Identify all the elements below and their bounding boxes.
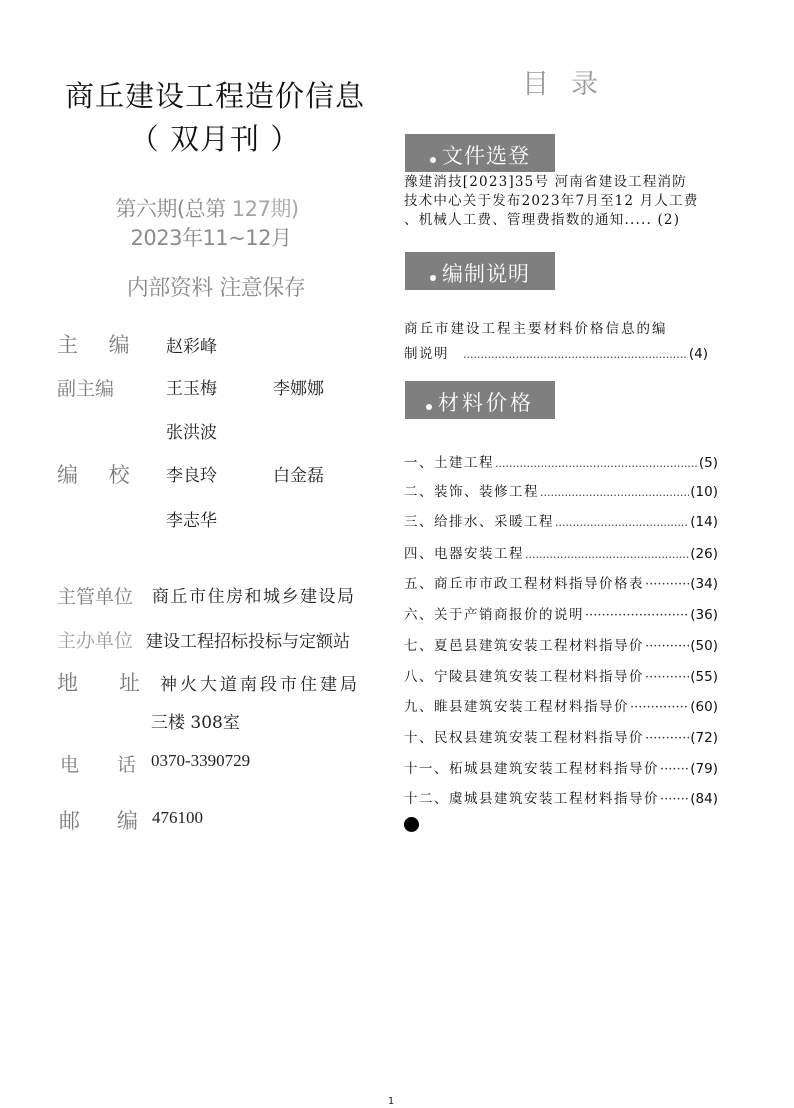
bullet-icon	[430, 275, 436, 281]
toc-page-number: (14)	[690, 514, 718, 530]
dot-leader	[540, 486, 689, 499]
toc-entry[interactable]: 一、土建工程 (5)	[404, 451, 718, 471]
toc-page-number: (36)	[690, 607, 718, 623]
dot-leader	[525, 548, 689, 561]
dot-leader	[630, 700, 689, 715]
toc-entry-label: 十二、虞城县建筑安装工程材料指导价	[404, 787, 659, 807]
toc-page-number: (84)	[690, 791, 718, 807]
section-heading-label: 编制说明	[442, 258, 530, 288]
toc-page-number: (5)	[699, 455, 718, 471]
toc-entry[interactable]: 十、民权县建筑安装工程材料指导价 (72)	[404, 726, 718, 746]
page-number: 1	[0, 1096, 782, 1107]
toc-page-number: (26)	[690, 546, 718, 562]
address-label: 地	[57, 667, 78, 697]
toc-entry-label: 三、给排水、采暖工程	[404, 510, 554, 530]
postcode-value: 476100	[152, 808, 203, 828]
toc-entry-label: 十、民权县建筑安装工程材料指导价	[404, 726, 644, 746]
proofreader-label: 编 校	[57, 459, 142, 489]
toc-entry[interactable]: 二、装饰、装修工程 (10)	[404, 480, 718, 500]
bullet-icon	[430, 157, 436, 163]
toc-entry[interactable]: 十一、柘城县建筑安装工程材料指导价 (79)	[404, 757, 718, 777]
proofreader-name: 李志华	[166, 506, 217, 531]
toc-entry-notes-line[interactable]: 商丘市建设工程主要材料价格信息的编	[404, 320, 668, 339]
phone-label: 电	[60, 750, 79, 777]
dot-leader	[645, 577, 689, 592]
deputy-editor-name: 李娜娜	[273, 374, 324, 399]
toc-entry[interactable]: 七、夏邑县建筑安装工程材料指导价 (50)	[404, 634, 718, 654]
toc-entry[interactable]: 六、关于产销商报价的说明 (36)	[404, 603, 718, 623]
chief-editor-name: 赵彩峰	[166, 332, 217, 357]
dot-leader	[645, 639, 689, 654]
supervisor-label: 主管单位	[57, 582, 133, 609]
dot-leader	[555, 516, 689, 529]
sponsor-label: 主办单位	[57, 626, 133, 653]
deputy-editor-label: 副主编	[57, 374, 114, 401]
section-heading-material-prices: 材料价格	[405, 381, 555, 419]
toc-entry-label: 一、土建工程	[404, 451, 494, 471]
issue-number: 第六期(总第 127期)	[0, 193, 414, 223]
bullet-icon	[404, 817, 419, 832]
issue-total-number: 127期)	[232, 197, 299, 221]
toc-page-number: (55)	[690, 669, 718, 685]
toc-entry-document-line[interactable]: 、机械人工费、管理费指数的通知..... (2)	[404, 211, 680, 230]
publication-frequency: （ 双月刊 ）	[0, 117, 430, 158]
toc-entry-label: 二、装饰、装修工程	[404, 480, 539, 500]
sponsor-value: 建设工程招标投标与定额站	[146, 627, 350, 652]
address-label: 址	[119, 667, 140, 697]
toc-entry-label: 六、关于产销商报价的说明	[404, 603, 584, 623]
toc-entry[interactable]: 五、商丘市市政工程材料指导价格表 (34)	[404, 572, 718, 592]
phone-value: 0370-3390729	[151, 751, 250, 771]
toc-page-number: (79)	[690, 761, 718, 777]
toc-entry-label: 五、商丘市市政工程材料指导价格表	[404, 572, 644, 592]
toc-page-number: (4)	[689, 346, 708, 362]
toc-entry-notes[interactable]: 制说明 (4)	[404, 342, 708, 362]
dot-leader	[645, 670, 689, 685]
dot-leader	[660, 792, 689, 807]
toc-entry[interactable]: 四、电器安装工程 (26)	[404, 542, 718, 562]
dot-leader	[495, 457, 698, 470]
toc-entry[interactable]: 九、睢县建筑安装工程材料指导价 (60)	[404, 695, 718, 715]
issue-date: 2023年11~12月	[4, 222, 418, 252]
toc-entry-label: 十一、柘城县建筑安装工程材料指导价	[404, 757, 659, 777]
toc-entry[interactable]: 八、宁陵县建筑安装工程材料指导价 (55)	[404, 665, 718, 685]
toc-entry-document-line[interactable]: 豫建消技[2023]35号 河南省建设工程消防	[404, 173, 687, 192]
toc-entry-document-line[interactable]: 技术中心关于发布2023年7月至12 月人工费	[404, 192, 699, 211]
toc-entry-label: 四、电器安装工程	[404, 542, 524, 562]
address-line2: 三楼 308室	[151, 708, 240, 733]
section-heading-label: 材料价格	[438, 387, 534, 417]
proofreader-name: 白金磊	[273, 461, 324, 486]
deputy-editor-name: 张洪波	[166, 418, 217, 443]
address-line1: 神火大道南段市住建局	[160, 670, 360, 695]
deputy-editor-name: 王玉梅	[166, 374, 217, 399]
publication-title: 商丘建设工程造价信息	[0, 74, 430, 115]
toc-page-number: (60)	[690, 699, 718, 715]
issue-prefix: 第六期(总第	[115, 197, 231, 221]
dot-leader	[660, 762, 689, 777]
section-heading-compilation-notes: 编制说明	[405, 252, 555, 290]
toc-page-number: (72)	[690, 730, 718, 746]
proofreader-name: 李良玲	[166, 461, 217, 486]
postcode-label: 编	[117, 805, 138, 835]
toc-entry-label: 七、夏邑县建筑安装工程材料指导价	[404, 634, 644, 654]
toc-page-number: (34)	[690, 576, 718, 592]
toc-page-number: (50)	[690, 638, 718, 654]
postcode-label: 邮	[59, 805, 80, 835]
toc-entry-label: 九、睢县建筑安装工程材料指导价	[404, 695, 629, 715]
bullet-icon	[426, 404, 432, 410]
section-heading-label: 文件选登	[442, 140, 530, 170]
phone-label: 话	[117, 750, 136, 777]
toc-entry-label: 制说明	[404, 342, 449, 362]
toc-entry[interactable]: 十二、虞城县建筑安装工程材料指导价 (84)	[404, 787, 718, 807]
dot-leader	[585, 608, 689, 623]
toc-title: 目录	[522, 62, 620, 101]
toc-entry[interactable]: 三、给排水、采暖工程 (14)	[404, 510, 718, 530]
chief-editor-label: 主 编	[57, 329, 142, 359]
dot-leader	[645, 731, 689, 746]
toc-entry-label: 八、宁陵县建筑安装工程材料指导价	[404, 665, 644, 685]
supervisor-value: 商丘市住房和城乡建设局	[152, 582, 356, 607]
internal-notice: 内部资料 注意保存	[0, 271, 432, 302]
section-heading-documents: 文件选登	[405, 134, 555, 172]
dot-leader	[463, 348, 688, 361]
toc-page-number: (10)	[690, 484, 718, 500]
